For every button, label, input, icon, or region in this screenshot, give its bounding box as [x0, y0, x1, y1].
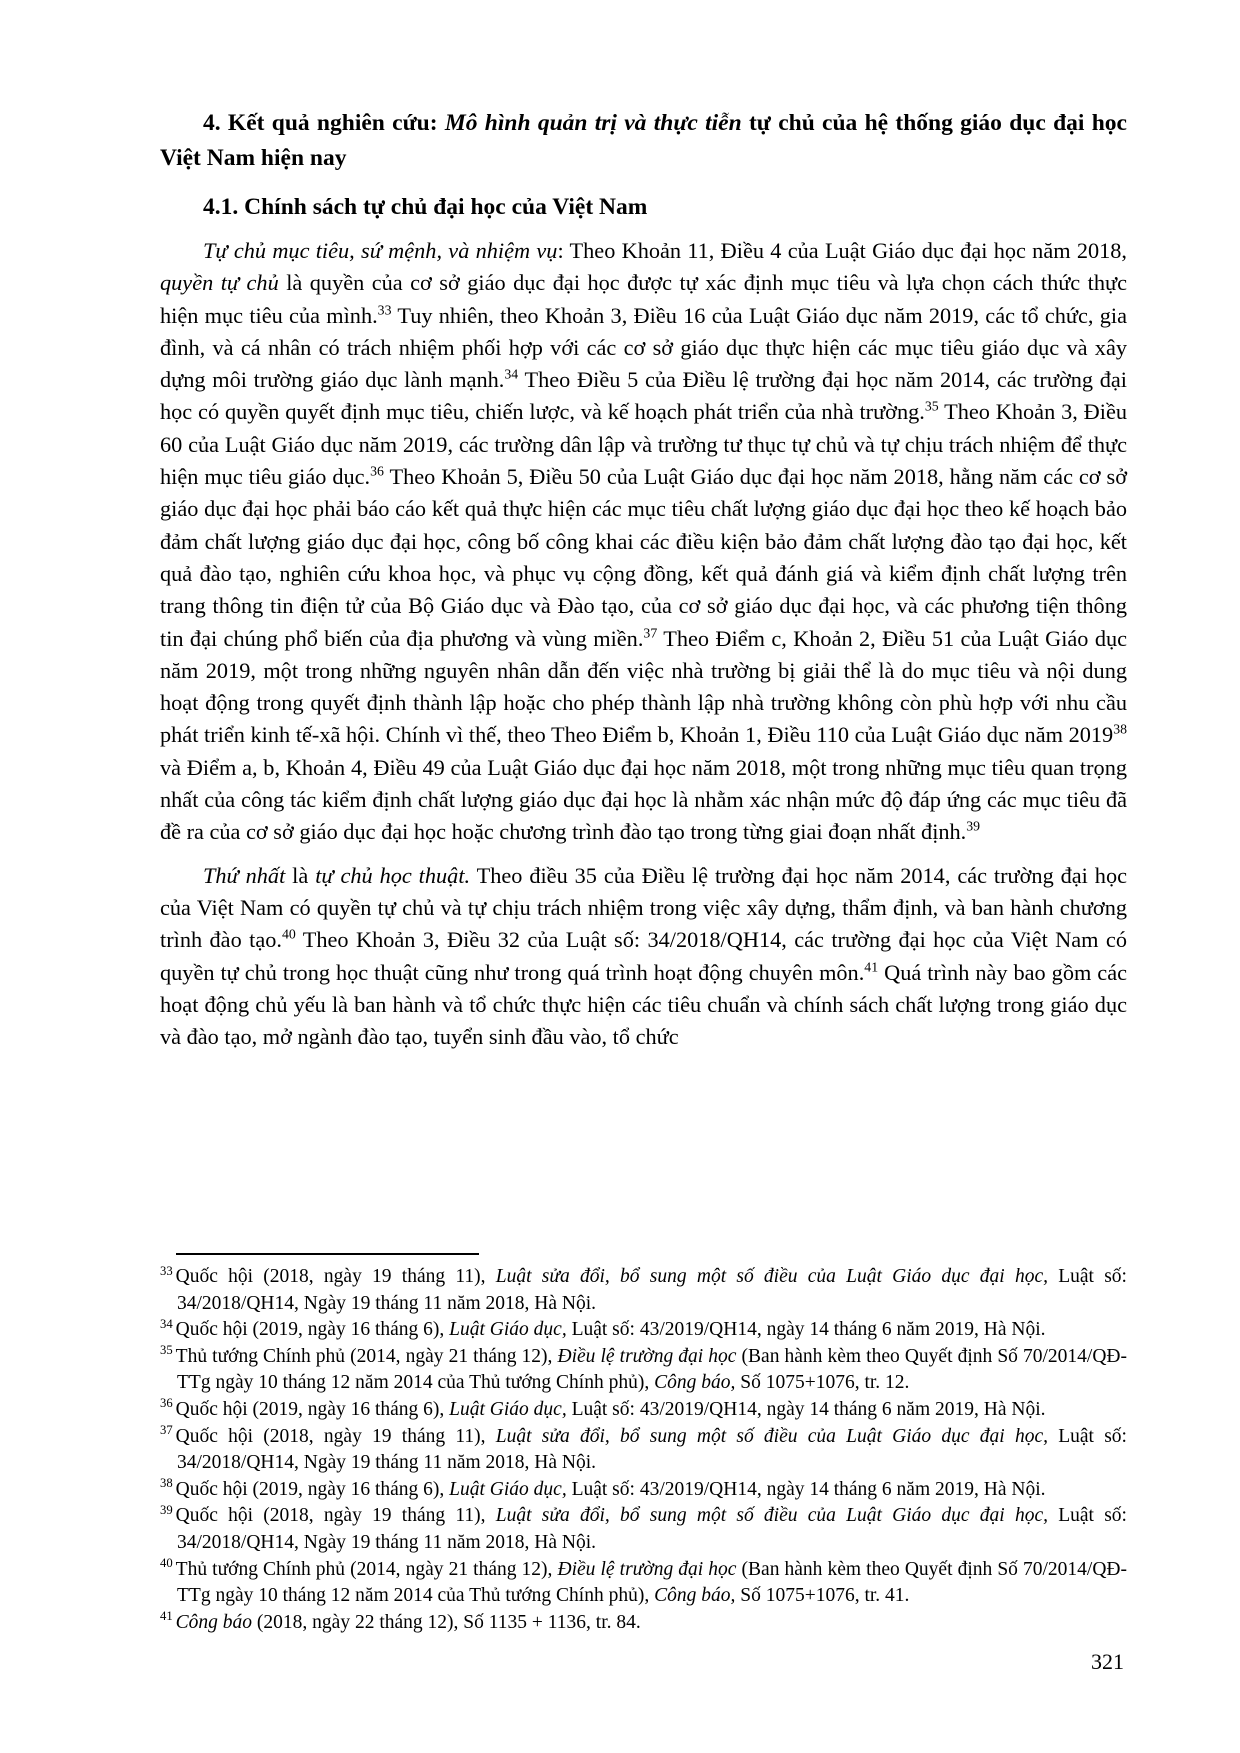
- text-run: Công báo: [176, 1612, 252, 1633]
- footnote-number: 33: [160, 1264, 173, 1278]
- text-run: 4. Kết quả nghiên cứu:: [203, 110, 445, 136]
- text-run: tự chủ học thuật.: [315, 863, 470, 888]
- footnote-item: 34Quốc hội (2019, ngày 16 tháng 6), Luật…: [160, 1317, 1127, 1344]
- text-run: Luật Giáo dục,: [449, 1319, 567, 1340]
- subsection-heading: 4.1. Chính sách tự chủ đại học của Việt …: [160, 191, 1127, 224]
- text-run: Quốc hội (2018, ngày 19 tháng 11),: [176, 1426, 496, 1447]
- footnote-item: 37Quốc hội (2018, ngày 19 tháng 11), Luậ…: [160, 1424, 1127, 1477]
- text-run: Luật sửa đổi, bổ sung một số điều của Lu…: [496, 1505, 1048, 1526]
- footnote-ref: 38: [1113, 722, 1127, 737]
- footnote-item: 36Quốc hội (2019, ngày 16 tháng 6), Luật…: [160, 1397, 1127, 1424]
- footnote-ref: 35: [925, 399, 939, 414]
- text-run: Thứ nhất: [203, 863, 285, 888]
- footnote-ref: 39: [966, 819, 980, 834]
- footnote-number: 39: [160, 1503, 173, 1517]
- text-run: Luật sửa đổi, bổ sung một số điều của Lu…: [496, 1426, 1048, 1447]
- footnote-number: 36: [160, 1396, 173, 1410]
- footnote-item: 38Quốc hội (2019, ngày 16 tháng 6), Luật…: [160, 1477, 1127, 1504]
- footnote-ref: 37: [643, 625, 657, 640]
- footnote-ref: 34: [504, 367, 518, 382]
- footnote-ref: 33: [378, 302, 392, 317]
- text-run: Điều lệ trường đại học: [558, 1559, 737, 1580]
- text-run: Công báo,: [654, 1585, 735, 1606]
- footnote-ref: 41: [864, 959, 878, 974]
- text-run: và Điểm a, b, Khoản 4, Điều 49 của Luật …: [160, 755, 1127, 845]
- text-run: Quốc hội (2018, ngày 19 tháng 11),: [176, 1266, 496, 1287]
- footnote-item: 39Quốc hội (2018, ngày 19 tháng 11), Luậ…: [160, 1503, 1127, 1556]
- text-run: là: [285, 863, 315, 888]
- section-heading: 4. Kết quả nghiên cứu: Mô hình quản trị …: [160, 106, 1127, 176]
- text-run: Quốc hội (2019, ngày 16 tháng 6),: [176, 1479, 450, 1500]
- footnote-item: 40Thủ tướng Chính phủ (2014, ngày 21 thá…: [160, 1557, 1127, 1610]
- footnote-number: 34: [160, 1317, 173, 1331]
- text-run: quyền tự chủ: [160, 270, 279, 295]
- document-page: 4. Kết quả nghiên cứu: Mô hình quản trị …: [0, 0, 1240, 1753]
- page-body: 4. Kết quả nghiên cứu: Mô hình quản trị …: [160, 106, 1127, 1053]
- footnote-number: 37: [160, 1423, 173, 1437]
- footnote-ref: 40: [282, 927, 296, 942]
- text-run: : Theo Khoản 11, Điều 4 của Luật Giáo dụ…: [557, 238, 1127, 263]
- text-run: Điều lệ trường đại học: [558, 1346, 737, 1367]
- text-run: Luật Giáo dục,: [449, 1399, 567, 1420]
- text-run: Số 1075+1076, tr. 41.: [735, 1585, 909, 1606]
- footnote-number: 41: [160, 1609, 173, 1623]
- text-run: Luật Giáo dục,: [449, 1479, 567, 1500]
- text-run: (2018, ngày 22 tháng 12), Số 1135 + 1136…: [252, 1612, 641, 1633]
- paragraph: Tự chủ mục tiêu, sứ mệnh, và nhiệm vụ: T…: [160, 235, 1127, 849]
- text-run: Luật sửa đổi, bổ sung một số điều của Lu…: [496, 1266, 1048, 1287]
- text-run: Luật số: 43/2019/QH14, ngày 14 tháng 6 n…: [567, 1319, 1046, 1340]
- page-number: 321: [1091, 1650, 1124, 1674]
- footnote-ref: 36: [370, 464, 384, 479]
- paragraph: Thứ nhất là tự chủ học thuật. Theo điều …: [160, 860, 1127, 1054]
- text-run: Theo Khoản 5, Điều 50 của Luật Giáo dục …: [160, 464, 1127, 650]
- text-run: Mô hình quản trị và thực tiễn: [445, 110, 742, 136]
- text-run: Công báo,: [654, 1372, 735, 1393]
- footnote-number: 38: [160, 1476, 173, 1490]
- footnotes-list: 33Quốc hội (2018, ngày 19 tháng 11), Luậ…: [160, 1264, 1127, 1636]
- text-run: Thủ tướng Chính phủ (2014, ngày 21 tháng…: [176, 1346, 558, 1367]
- text-run: Tự chủ mục tiêu, sứ mệnh, và nhiệm vụ: [203, 238, 557, 263]
- footnote-item: 33Quốc hội (2018, ngày 19 tháng 11), Luậ…: [160, 1264, 1127, 1317]
- text-run: Quốc hội (2019, ngày 16 tháng 6),: [176, 1399, 450, 1420]
- footnote-item: 35Thủ tướng Chính phủ (2014, ngày 21 thá…: [160, 1344, 1127, 1397]
- footnote-separator: [176, 1253, 479, 1255]
- text-run: Luật số: 43/2019/QH14, ngày 14 tháng 6 n…: [567, 1399, 1046, 1420]
- footnote-item: 41Công báo (2018, ngày 22 tháng 12), Số …: [160, 1610, 1127, 1637]
- text-run: Quốc hội (2019, ngày 16 tháng 6),: [176, 1319, 450, 1340]
- text-run: Thủ tướng Chính phủ (2014, ngày 21 tháng…: [176, 1559, 558, 1580]
- footnote-number: 35: [160, 1343, 173, 1357]
- footnotes-section: 33Quốc hội (2018, ngày 19 tháng 11), Luậ…: [160, 1253, 1127, 1636]
- text-run: Quốc hội (2018, ngày 19 tháng 11),: [176, 1505, 496, 1526]
- text-run: Luật số: 43/2019/QH14, ngày 14 tháng 6 n…: [567, 1479, 1046, 1500]
- text-run: Số 1075+1076, tr. 12.: [735, 1372, 909, 1393]
- footnote-number: 40: [160, 1556, 173, 1570]
